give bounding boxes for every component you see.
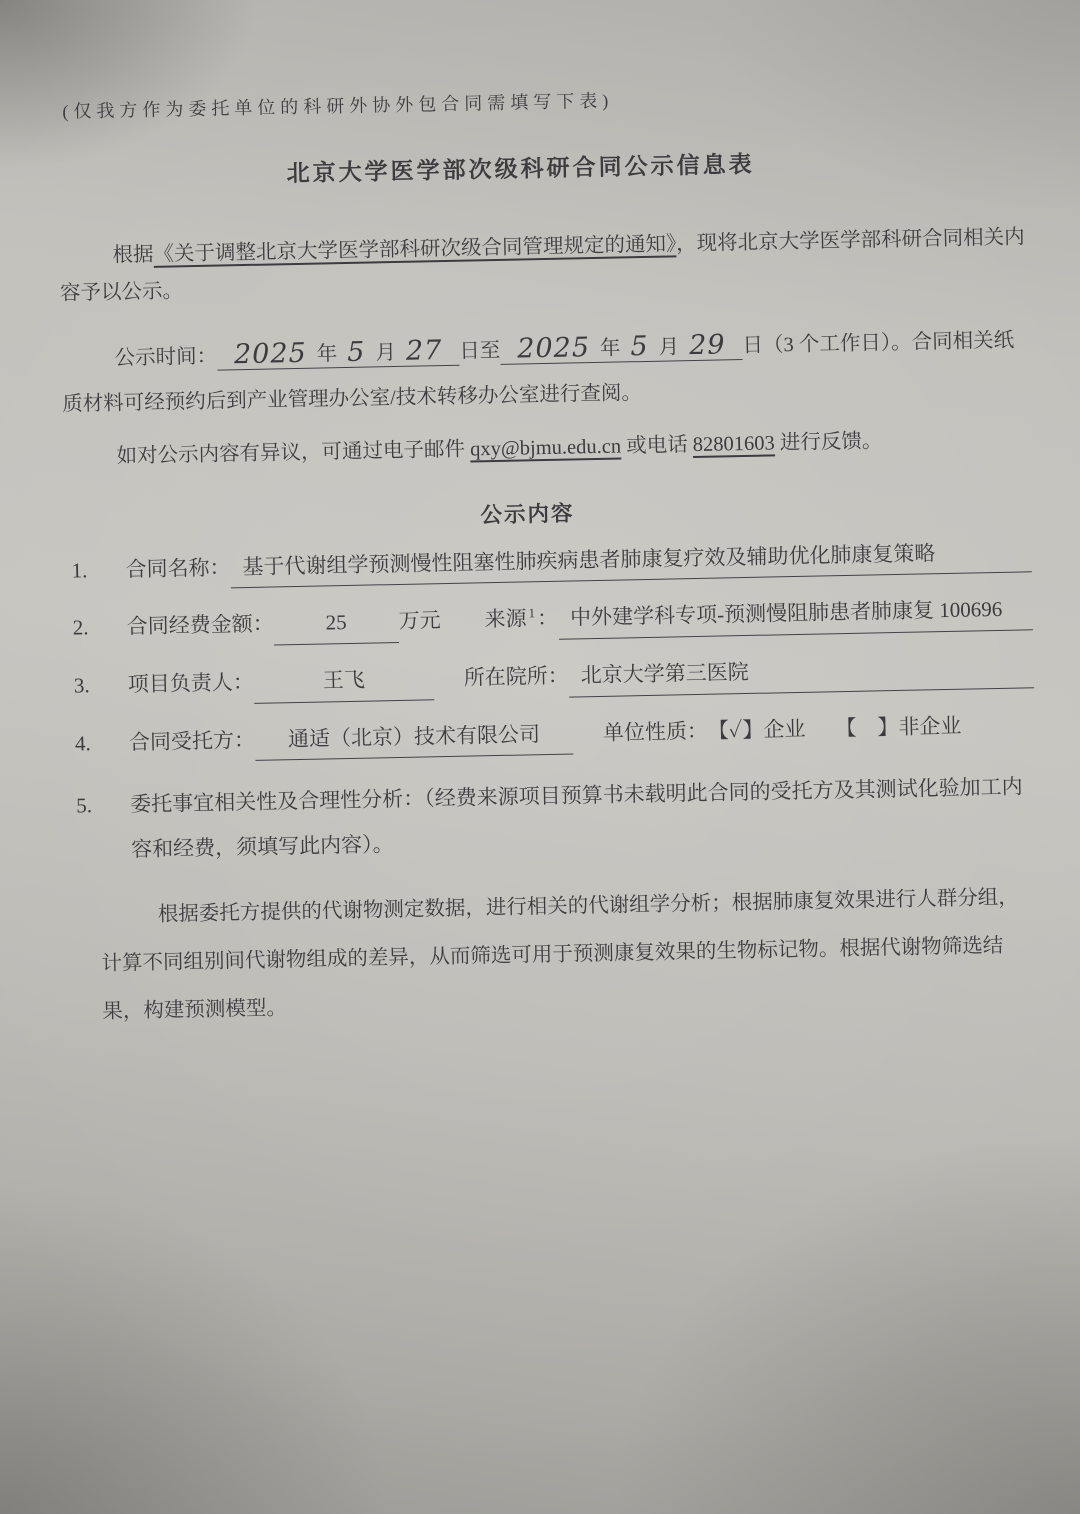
feedback-email: qxy@bjmu.edu.cn [470,435,621,460]
start-year-handwritten: 2025 [227,337,314,370]
funding-source-label: 来源1： [484,601,558,637]
funding-source-value: 中外建学科专项-预测慢阻肺患者肺康复 100696 [558,592,1033,640]
notice-title: 《关于调整北京大学医学部科研次级合同管理规定的通知》 [153,233,676,265]
relevance-analysis-note: （经费来源项目预算书未载明此合同的受托方及其测试化验加工内容和经费，须填写此内容… [131,775,1023,862]
item-project-leader: 3. 项目负责人： 王飞 所在院所： 北京大学第三医院 [68,649,1035,707]
unit-nature-label: 单位性质： [603,713,709,750]
feedback-paragraph: 如对公示内容有异议，可通过电子邮件 qxy@bjmu.edu.cn 或电话 82… [63,420,1030,476]
contract-name-value: 基于代谢组学预测慢性阻塞性肺疾病患者肺康复疗效及辅助优化肺康复策略 [230,534,1032,589]
end-year-handwritten: 2025 [510,332,597,365]
contract-name-label: 合同名称： [125,550,231,587]
item-number: 3. [74,668,109,703]
period-start-blank: 2025年5月27 [217,340,460,370]
end-day-handwritten: 29 [682,329,733,361]
start-month-handwritten: 5 [340,336,373,368]
item-number: 4. [75,725,110,760]
year-unit: 年 [314,343,341,366]
feedback-middle: 或电话 [621,434,693,457]
non-enterprise-label: 非企业 [898,708,962,744]
source-colon: ： [537,606,558,630]
funding-amount-unit: 万元 [398,603,441,638]
item-number: 5. [76,783,111,829]
item-contract-trustee: 4. 合同受托方： 通适（北京）技术有限公司 单位性质： 【✓】 企业 【 】 … [69,707,1036,765]
paper-sheet: (仅我方作为委托单位的科研外协外包合同需填写下表) 北京大学医学部次级科研合同公… [56,78,1041,1036]
feedback-suffix: 进行反馈。 [775,430,883,454]
year-unit: 年 [597,337,624,360]
item-number: 2. [72,610,107,645]
content-heading: 公示内容 [64,488,990,538]
affiliation-label: 所在院所： [463,659,569,696]
relevance-analysis-label: 委托事宜相关性及合理性分析： [130,787,424,817]
period-day-unit: 日 [742,334,763,356]
document-photo: (仅我方作为委托单位的科研外协外包合同需填写下表) 北京大学医学部次级科研合同公… [0,0,1080,1514]
item-number: 1. [71,553,106,588]
affiliation-value: 北京大学第三医院 [568,649,1034,697]
intro-paragraph: 根据《关于调整北京大学医学部科研次级合同管理规定的通知》，现将北京大学医学部科研… [59,219,1026,312]
enterprise-label: 企业 [763,711,806,746]
item-contract-funding: 2. 合同经费金额： 25 万元 来源1： 中外建学科专项-预测慢阻肺患者肺康复… [66,592,1033,650]
funding-amount-value: 25 [273,604,399,645]
month-unit: 月 [372,342,399,365]
project-leader-label: 项目负责人： [128,665,255,702]
trustee-value: 通适（北京）技术有限公司 [255,716,574,761]
item-contract-name: 1. 合同名称： 基于代谢组学预测慢性阻塞性肺疾病患者肺康复疗效及辅助优化肺康复… [65,534,1032,592]
end-month-handwritten: 5 [623,331,656,363]
period-to-label: 日至 [459,340,500,363]
period-end-blank: 2025年5月29 [500,335,743,365]
trustee-label: 合同受托方： [129,722,256,759]
project-leader-value: 王飞 [253,661,434,703]
feedback-prefix: 如对公示内容有异议，可通过电子邮件 [116,438,470,467]
analysis-paragraph: 根据委托方提供的代谢物测定数据，进行相关的代谢组学分析；根据肺康复效果进行人群分… [100,873,1037,1036]
non-enterprise-unchecked-box: 【 】 [835,710,899,746]
month-unit: 月 [655,336,682,359]
source-word: 来源 [484,607,526,632]
publicity-period-paragraph: 公示时间：2025年5月27日至2025年5月29日（3 个工作日）。合同相关纸… [61,311,1029,425]
relevance-analysis-text: 委托事宜相关性及合理性分析：（经费来源项目预算书未载明此合同的受托方及其测试化验… [130,764,1038,872]
feedback-phone: 82801603 [693,432,775,456]
start-day-handwritten: 27 [399,335,450,367]
page-title: 北京大学医学部次级科研合同公示信息表 [77,142,963,193]
source-footnote-marker: 1 [526,606,537,621]
item-relevance-analysis: 5. 委托事宜相关性及合理性分析：（经费来源项目预算书未载明此合同的受托方及其测… [70,764,1038,874]
enterprise-checked-box: 【✓】 [708,712,764,748]
intro-prefix: 根据 [112,244,153,267]
period-label: 公示时间： [114,345,217,369]
form-scope-note: (仅我方作为委托单位的科研外协外包合同需填写下表) [62,78,1022,123]
funding-amount-label: 合同经费金额： [126,607,274,645]
